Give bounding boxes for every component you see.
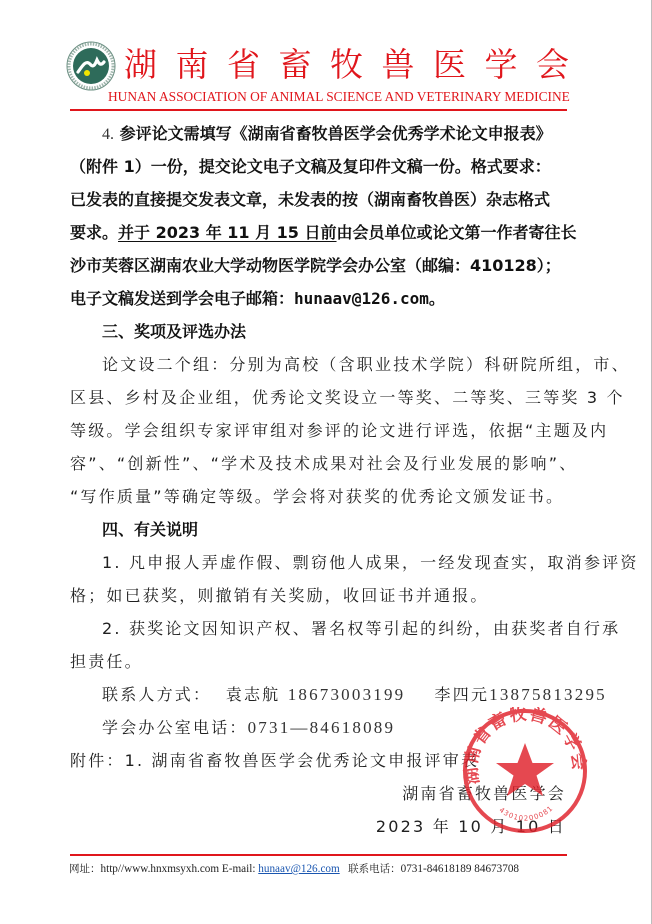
- item4-line2: （附件 1）一份，提交论文电子文稿及复印件文稿一份。格式要求：: [70, 157, 570, 177]
- section4-item2-line1: 2. 获奖论文因知识产权、署名权等引起的纠纷，由获奖者自行承: [102, 619, 602, 639]
- contact-name: 李四元: [435, 685, 490, 704]
- submission-email[interactable]: hunaav@126.com: [294, 289, 429, 308]
- footer-contact: 网址：http//www.hnxmsyxh.com E-mail: hunaav…: [69, 862, 569, 876]
- section3-p1: 论文设二个组：分别为高校（含职业技术学院）科研院所组，市、: [102, 355, 602, 375]
- attachment-item: 1. 湖南省畜牧兽医学会优秀论文申报评审表: [125, 751, 480, 770]
- section4-item1-line1: 1. 凡申报人弄虚作假、剽窃他人成果，一经发现查实，取消参评资: [102, 553, 602, 573]
- deadline-text: 并于 2023 年 11 月 15 日前: [118, 223, 337, 242]
- item4-line3: 已发表的直接提交发表文章，未发表的按（湖南畜牧兽医）杂志格式: [70, 190, 570, 210]
- contact-phone: 13875813295: [489, 685, 607, 704]
- section3-p4: 容”、“创新性”、“学术及技术成果对社会及行业发展的影响”、: [70, 454, 570, 474]
- org-name-en: HUNAN ASSOCIATION OF ANIMAL SCIENCE AND …: [108, 89, 568, 105]
- contacts-line: 联系人方式： 袁志航 18673003199 李四元13875813295: [102, 685, 602, 705]
- item4-line1: 4. 参评论文需填写《湖南省畜牧兽医学会优秀学术论文申报表》: [102, 124, 602, 145]
- section4-item2-line2: 担责任。: [70, 652, 570, 672]
- header-divider: [70, 109, 567, 111]
- email-link[interactable]: hunaav@126.com: [258, 863, 339, 875]
- official-seal-star-icon: 湖南省畜牧兽医学会 4301020008102: [461, 707, 589, 835]
- association-emblem-icon: [66, 41, 116, 91]
- item4-line4: 要求。并于 2023 年 11 月 15 日前由会员单位或论文第一作者寄往长: [70, 223, 570, 243]
- item4-line5: 沙市芙蓉区湖南农业大学动物医学院学会办公室（邮编：410128）；: [70, 256, 570, 276]
- section3-heading: 三、奖项及评选办法: [102, 322, 602, 342]
- org-name-cn: 湖南省畜牧兽医学会: [124, 43, 568, 87]
- section3-p5: “写作质量”等确定等级。学会将对获奖的优秀论文颁发证书。: [70, 487, 570, 507]
- contact-name: 袁志航: [226, 685, 281, 704]
- contact-phone: 18673003199: [288, 685, 406, 704]
- section4-item1-line2: 格；如已获奖，则撤销有关奖励，收回证书并通报。: [70, 586, 570, 606]
- section4-heading: 四、有关说明: [102, 520, 602, 540]
- website-link[interactable]: http//www.hnxmsyxh.com: [101, 863, 220, 875]
- section3-p3: 等级。学会组织专家评审组对参评的论文进行评选，依据“主题及内: [70, 421, 570, 441]
- item4-line6: 电子文稿发送到学会电子邮箱：hunaav@126.com。: [70, 289, 570, 309]
- section3-p2: 区县、乡村及企业组，优秀论文奖设立一等奖、二等奖、三等奖 3 个: [70, 388, 570, 408]
- footer-divider: [70, 854, 567, 856]
